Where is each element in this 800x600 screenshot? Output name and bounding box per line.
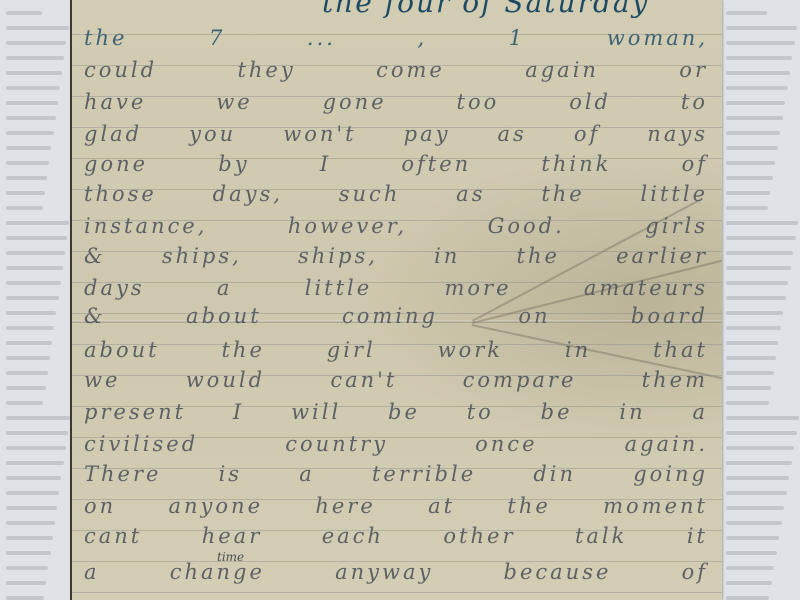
background-text-line <box>726 41 795 45</box>
background-text-line <box>6 551 51 555</box>
ruled-line <box>72 468 722 469</box>
background-text-line <box>726 431 797 435</box>
background-text-line <box>6 506 57 510</box>
handwritten-line: have we gone too old to <box>84 90 708 114</box>
handwritten-line: glad you won't pay as of nays <box>84 122 708 146</box>
background-text-line <box>6 431 68 435</box>
background-text-line <box>6 146 51 150</box>
background-text-line <box>6 161 49 165</box>
ruled-line <box>72 561 722 562</box>
background-text-line <box>6 536 53 540</box>
background-text-line <box>726 386 771 390</box>
background-text-line <box>6 56 64 60</box>
ruled-line <box>72 499 722 500</box>
background-text-line <box>726 491 787 495</box>
ruled-line <box>72 158 722 159</box>
background-text-line <box>726 461 792 465</box>
letter-heading: the four of Saturday <box>322 0 649 19</box>
background-text-line <box>726 296 786 300</box>
background-text-line <box>726 341 778 345</box>
handwritten-line: cant hear each other talk it <box>84 524 708 548</box>
background-text-line <box>6 71 62 75</box>
background-text-line <box>726 551 777 555</box>
background-text-line <box>6 341 52 345</box>
ruled-line <box>72 313 722 314</box>
background-text-line <box>6 191 45 195</box>
ruled-line <box>72 65 722 66</box>
background-text-line <box>6 326 54 330</box>
ruled-line <box>72 251 722 252</box>
background-text-line <box>726 251 793 255</box>
background-printed-page-right <box>718 0 800 600</box>
handwritten-line: on anyone here at the moment <box>84 494 708 518</box>
background-text-line <box>726 356 776 360</box>
background-text-line <box>726 86 788 90</box>
background-text-line <box>726 221 798 225</box>
ruled-line <box>72 127 722 128</box>
background-text-line <box>6 26 69 30</box>
handwritten-line: gone by I often think of <box>84 152 708 176</box>
background-text-line <box>726 566 774 570</box>
background-text-line <box>726 506 784 510</box>
background-text-line <box>726 536 779 540</box>
handwritten-line: could they come again or <box>84 58 708 82</box>
ruled-line <box>72 189 722 190</box>
background-text-line <box>6 11 42 15</box>
handwritten-line: There is a terrible din going <box>84 462 708 486</box>
ruled-line <box>72 96 722 97</box>
ruled-line <box>72 282 722 283</box>
background-text-line <box>726 56 792 60</box>
handwritten-line: we would can't compare them <box>84 368 708 392</box>
background-text-line <box>726 71 790 75</box>
background-text-line <box>726 581 772 585</box>
background-text-line <box>6 131 54 135</box>
background-text-line <box>6 416 70 420</box>
background-text-line <box>6 176 47 180</box>
background-text-line <box>6 581 46 585</box>
ruled-line <box>72 375 722 376</box>
handwritten-line: & ships, ships, in the earlier <box>84 244 708 268</box>
background-text-line <box>726 11 767 15</box>
handwritten-line: the 7 ... , 1 woman, <box>84 26 708 50</box>
background-text-line <box>6 446 66 450</box>
ruled-line <box>72 34 722 35</box>
background-text-line <box>6 266 63 270</box>
background-text-line <box>6 296 59 300</box>
handwritten-letter: the four of Saturday the 7 ... , 1 woman… <box>70 0 722 600</box>
background-text-line <box>6 221 69 225</box>
background-text-line <box>726 401 769 405</box>
background-text-line <box>6 236 67 240</box>
background-text-line <box>726 26 797 30</box>
background-text-line <box>726 521 782 525</box>
ruled-line <box>72 406 722 407</box>
background-text-line <box>6 101 58 105</box>
background-text-line <box>726 281 788 285</box>
background-text-line <box>6 371 48 375</box>
background-text-line <box>726 446 794 450</box>
background-text-line <box>726 236 796 240</box>
background-text-line <box>6 566 48 570</box>
background-text-line <box>6 311 56 315</box>
background-text-line <box>6 41 66 45</box>
background-text-line <box>726 476 789 480</box>
background-text-line <box>6 86 60 90</box>
background-text-line <box>6 476 61 480</box>
handwritten-line: days a little more amateurs <box>84 276 708 300</box>
background-text-line <box>6 116 56 120</box>
handwritten-line: a change anyway because of <box>84 560 708 584</box>
background-text-line <box>6 206 43 210</box>
background-printed-page-left <box>0 0 72 600</box>
background-text-line <box>6 281 61 285</box>
ruled-line <box>72 530 722 531</box>
handwritten-line: those days, such as the little <box>84 182 708 206</box>
background-text-line <box>6 356 50 360</box>
background-text-line <box>726 101 785 105</box>
ruled-line <box>72 592 722 593</box>
background-text-line <box>726 371 774 375</box>
ruled-line <box>72 344 722 345</box>
handwritten-line: civilised country once again. <box>84 432 708 456</box>
background-text-line <box>6 521 55 525</box>
background-text-line <box>726 191 770 195</box>
background-text-line <box>726 266 791 270</box>
background-text-line <box>726 326 781 330</box>
background-text-line <box>726 131 780 135</box>
background-text-line <box>726 311 783 315</box>
background-text-line <box>726 206 768 210</box>
background-text-line <box>6 491 59 495</box>
handwritten-line: instance, however, Good. girls <box>84 214 708 238</box>
background-text-line <box>726 596 769 600</box>
background-text-line <box>726 176 773 180</box>
background-text-line <box>6 386 46 390</box>
ruled-line <box>72 220 722 221</box>
background-text-line <box>726 146 778 150</box>
background-text-line <box>6 461 64 465</box>
background-text-line <box>726 416 799 420</box>
handwritten-line: & about coming on board <box>84 304 708 328</box>
handwritten-line: present I will be to be in a <box>84 400 708 424</box>
background-text-line <box>6 251 65 255</box>
handwritten-line: about the girl work in that <box>84 338 708 362</box>
background-text-line <box>726 161 775 165</box>
background-text-line <box>726 116 783 120</box>
background-text-line <box>6 596 44 600</box>
ruled-line <box>72 437 722 438</box>
background-text-line <box>6 401 43 405</box>
